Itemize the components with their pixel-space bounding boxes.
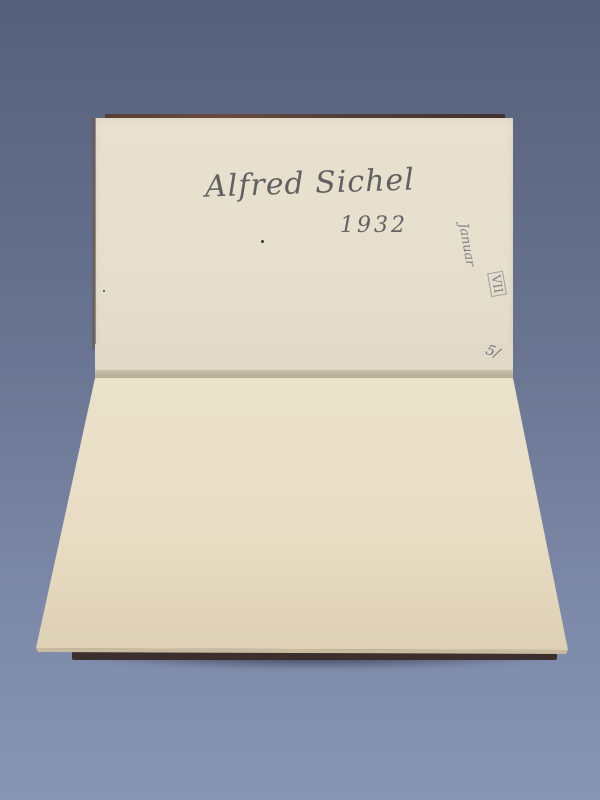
handwritten-signature: Alfred Sichel: [204, 162, 415, 204]
lower-page: [0, 0, 600, 800]
ink-spot: [261, 240, 264, 243]
handwritten-year: 1932: [340, 213, 408, 238]
ink-spot: [103, 290, 105, 292]
photo-scene: Alfred Sichel 1932 Januar VII 5/: [0, 0, 600, 800]
